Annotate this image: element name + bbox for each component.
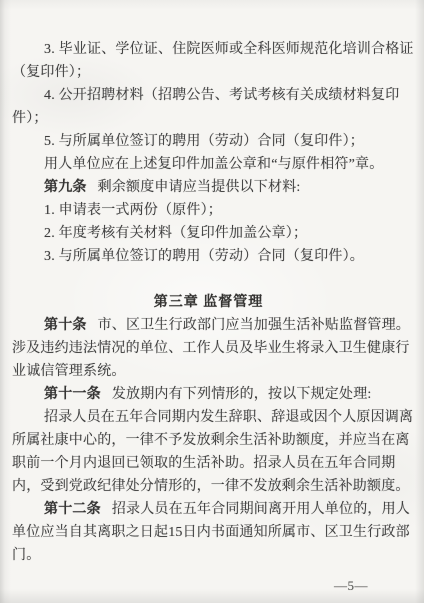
line-text: 2. 年度考核有关材料（复印件加盖公章）； — [44, 226, 307, 241]
text-line: 1. 申请表一式两份（原件）； — [12, 199, 405, 222]
line-text: 第三章 监督管理 — [154, 295, 264, 310]
text-line: 第三章 监督管理 — [12, 291, 405, 314]
text-line: 招录人员在五年合同期内发生辞职、辞退或因个人原因调离 — [12, 406, 405, 429]
line-text: 招录人员在五年合同期内发生辞职、辞退或因个人原因调离 — [44, 410, 413, 425]
line-text: 件）； — [12, 111, 48, 126]
line-text: 3. 毕业证、学位证、住院医师或全科医师规范化培训合格证 — [44, 42, 414, 57]
line-text: 用人单位应在上述复印件加盖公章和“与原件相符”章。 — [44, 157, 383, 172]
page-number: —5— — [334, 578, 368, 594]
article-number: 第十条 — [44, 318, 87, 333]
line-text: 3. 与所属单位签订的聘用（劳动）合同（复印件）。 — [44, 249, 364, 264]
text-line: 单位应当自其离职之日起15日内书面通知所属市、区卫生行政部 — [12, 521, 405, 544]
text-line: 3. 毕业证、学位证、住院医师或全科医师规范化培训合格证 — [12, 38, 405, 61]
text-line: 第十一条发放期内有下列情形的，按以下规定处理: — [12, 383, 405, 406]
line-text: 市、区卫生行政部门应当加强生活补贴监督管理。 — [98, 318, 410, 333]
line-text: 所属社康中心的，一律不予发放剩余生活补助额度，并应当在离 — [12, 433, 410, 448]
text-line: 涉及违约违法情况的单位、工作人员及毕业生将录入卫生健康行 — [12, 337, 405, 360]
line-text: （复印件）； — [12, 65, 90, 80]
line-text: 4. 公开招聘材料（招聘公告、考试考核有关成绩材料复印 — [44, 88, 399, 103]
line-text: 招录人员在五年合同期间离开用人单位的，用人 — [112, 502, 410, 517]
text-line: 3. 与所属单位签订的聘用（劳动）合同（复印件）。 — [12, 245, 405, 268]
text-line: 2. 年度考核有关材料（复印件加盖公章）； — [12, 222, 405, 245]
text-line: 职前一个月内退回已领取的生活补助。招录人员在五年合同期 — [12, 452, 405, 475]
text-line: 内，受到党政纪律处分情形的，一律不发放剩余生活补助额度。 — [12, 475, 405, 498]
line-text: 单位应当自其离职之日起15日内书面通知所属市、区卫生行政部 — [12, 525, 410, 540]
text-line: （复印件）； — [12, 61, 405, 84]
text-line: 件）； — [12, 107, 405, 130]
article-number: 第九条 — [44, 180, 87, 195]
text-line: 所属社康中心的，一律不予发放剩余生活补助额度，并应当在离 — [12, 429, 405, 452]
text-line: 门。 — [12, 544, 405, 567]
line-text: 职前一个月内退回已领取的生活补助。招录人员在五年合同期 — [12, 456, 395, 471]
line-text: 1. 申请表一式两份（原件）； — [44, 203, 222, 218]
text-line: 第九条剩余额度申请应当提供以下材料: — [12, 176, 405, 199]
line-text: 剩余额度申请应当提供以下材料: — [98, 180, 301, 195]
text-line: 业诚信管理系统。 — [12, 360, 405, 383]
document-body: 3. 毕业证、学位证、住院医师或全科医师规范化培训合格证 （复印件）； 4. 公… — [12, 38, 405, 567]
article-number: 第十二条 — [44, 502, 101, 517]
text-line: 第十二条招录人员在五年合同期间离开用人单位的，用人 — [12, 498, 405, 521]
line-text: 业诚信管理系统。 — [12, 364, 126, 379]
text-line: 5. 与所属单位签订的聘用（劳动）合同（复印件）； — [12, 130, 405, 153]
line-text: 发放期内有下列情形的，按以下规定处理: — [112, 387, 372, 402]
line-text: 5. 与所属单位签订的聘用（劳动）合同（复印件）； — [44, 134, 364, 149]
line-text: 涉及违约违法情况的单位、工作人员及毕业生将录入卫生健康行 — [12, 341, 410, 356]
text-line: 第十条市、区卫生行政部门应当加强生活补贴监督管理。 — [12, 314, 405, 337]
document-page: 3. 毕业证、学位证、住院医师或全科医师规范化培训合格证 （复印件）； 4. 公… — [0, 0, 424, 603]
article-number: 第十一条 — [44, 387, 101, 402]
text-line: 4. 公开招聘材料（招聘公告、考试考核有关成绩材料复印 — [12, 84, 405, 107]
line-text: 内，受到党政纪律处分情形的，一律不发放剩余生活补助额度。 — [12, 479, 410, 494]
text-line: 用人单位应在上述复印件加盖公章和“与原件相符”章。 — [12, 153, 405, 176]
line-text: 门。 — [12, 548, 40, 563]
